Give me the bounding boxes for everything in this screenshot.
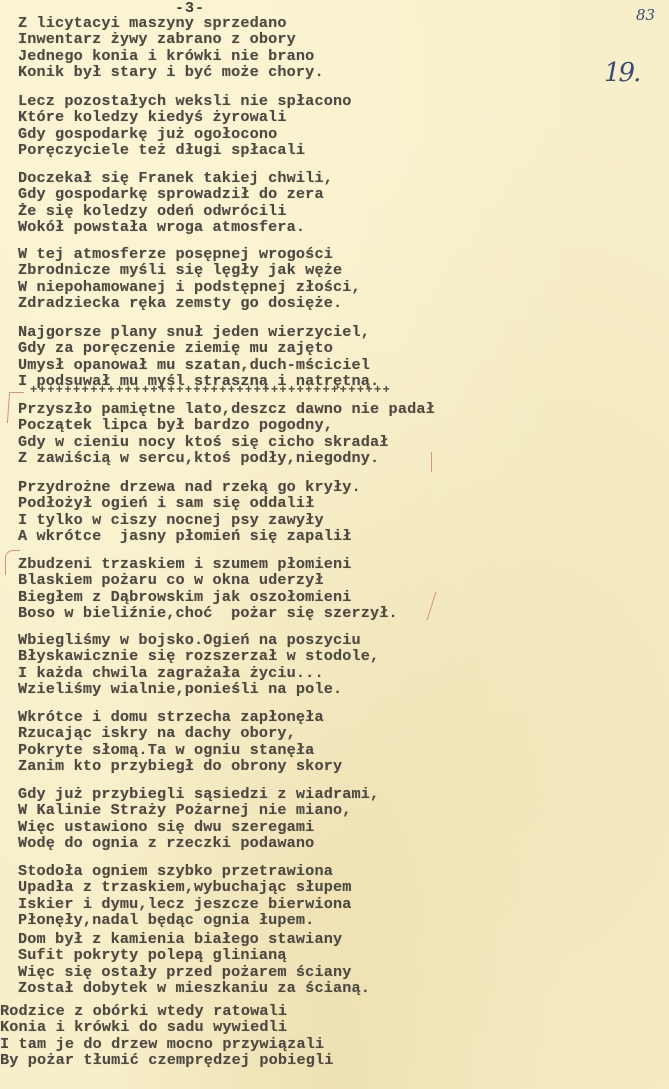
verse-line: Rodzice z obórki wtedy ratowali: [0, 1003, 334, 1019]
handwritten-archive-number: 83: [636, 6, 655, 24]
verse-line: Lecz pozostałych weksli nie spłacono: [18, 93, 352, 109]
stanza: Zbudzeni trzaskiem i szumem płomieniBlas…: [18, 556, 398, 622]
verse-line: A wkrótce jasny płomień się zapalił: [18, 528, 361, 544]
verse-line: I tylko w ciszy nocnej psy zawyły: [18, 512, 361, 528]
stanza: Wbiegliśmy w bojsko.Ogień na poszyciuBły…: [18, 632, 379, 698]
verse-line: Został dobytek w mieszkaniu za ścianą.: [18, 980, 370, 996]
verse-line: Zanim kto przybiegł do obrony skory: [18, 758, 342, 774]
verse-line: Blaskiem pożaru co w okna uderzył: [18, 572, 398, 588]
verse-line: Przydrożne drzewa nad rzeką go kryły.: [18, 479, 361, 495]
verse-line: Doczekał się Franek takiej chwili,: [18, 170, 333, 186]
verse-line: Wokół powstała wroga atmosfera.: [18, 219, 333, 235]
verse-line: Gdy już przybiegli sąsiedzi z wiadrami,: [18, 786, 379, 802]
verse-line: Gdy za poręczenie ziemię mu zajęto: [18, 340, 379, 356]
stanza: Lecz pozostałych weksli nie spłaconoKtór…: [18, 93, 352, 159]
verse-line: Konia i krówki do sadu wywiedli: [0, 1019, 334, 1035]
verse-line: Podłożył ogień i sam się oddalił: [18, 495, 361, 511]
verse-line: Sufit pokryty polepą glinianą: [18, 947, 370, 963]
verse-line: Zdradziecka ręka zemsty go dosięże.: [18, 295, 361, 311]
verse-line: W tej atmosferze posępnej wrogości: [18, 246, 361, 262]
stanza: Dom był z kamienia białego stawianySufit…: [18, 931, 370, 997]
handwritten-folio-number: 19.: [604, 58, 639, 88]
verse-line: Jednego konia i krówki nie brano: [18, 48, 324, 64]
verse-line: Zbrodnicze myśli się lęgły jak węże: [18, 262, 361, 278]
verse-line: Gdy gospodarkę sprowadził do zera: [18, 186, 333, 202]
verse-line: Zbudzeni trzaskiem i szumem płomieni: [18, 556, 398, 572]
verse-line: Umysł opanował mu szatan,duch-mściciel: [18, 357, 379, 373]
verse-line: W Kalinie Straży Pożarnej nie miano,: [18, 802, 379, 818]
verse-line: Które koledzy kiedyś żyrowali: [18, 109, 352, 125]
verse-line: Rzucając iskry na dachy obory,: [18, 725, 342, 741]
typewritten-page: -3- 83 19. +++++++++++++++++++++++++++++…: [0, 0, 669, 1089]
verse-line: Z licytacyi maszyny sprzedano: [18, 15, 324, 31]
verse-line: Wzieliśmy wialnie,ponieśli na pole.: [18, 681, 379, 697]
verse-line: Przyszło pamiętne lato,deszcz dawno nie …: [18, 401, 435, 417]
verse-line: Błyskawicznie się rozszerzał w stodole,: [18, 648, 379, 664]
verse-line: Więc ustawiono się dwu szeregami: [18, 819, 379, 835]
stanza: Gdy już przybiegli sąsiedzi z wiadrami,W…: [18, 786, 379, 852]
stanza: Z licytacyi maszyny sprzedanoInwentarz ż…: [18, 15, 324, 81]
verse-line: W niepohamowanej i podstępnej złości,: [18, 279, 361, 295]
verse-line: Pokryte słomą.Ta w ogniu stanęła: [18, 742, 342, 758]
stanza: Najgorsze plany snuł jeden wierzyciel,Gd…: [18, 324, 379, 390]
stanza: Stodoła ogniem szybko przetrawionaUpadła…: [18, 863, 352, 929]
verse-line: Wbiegliśmy w bojsko.Ogień na poszyciu: [18, 632, 379, 648]
verse-line: By pożar tłumić czemprędzej pobiegli: [0, 1052, 334, 1068]
verse-line: Początek lipca był bardzo pogodny,: [18, 417, 435, 433]
pencil-bracket-mark: [418, 592, 436, 620]
verse-line: Boso w bieliźnie,choć pożar się szerzył.: [18, 605, 398, 621]
stanza: Wkrótce i domu strzecha zapłonęłaRzucają…: [18, 709, 342, 775]
verse-line: Z zawiścią w sercu,ktoś podły,niegodny.: [18, 450, 435, 466]
verse-line: Wodę do ognia z rzeczki podawano: [18, 835, 379, 851]
stanza: Rodzice z obórki wtedy ratowaliKonia i k…: [0, 1003, 334, 1069]
stanza: Przydrożne drzewa nad rzeką go kryły.Pod…: [18, 479, 361, 545]
stanza: Doczekał się Franek takiej chwili,Gdy go…: [18, 170, 333, 236]
verse-line: Upadła z trzaskiem,wybuchając słupem: [18, 879, 352, 895]
verse-line: I każda chwila zagrażała życiu...: [18, 665, 379, 681]
verse-line: Że się koledzy odeń odwrócili: [18, 203, 333, 219]
verse-line: Gdy gospodarkę już ogołocono: [18, 126, 352, 142]
verse-line: Poręczyciele też długi spłacali: [18, 142, 352, 158]
verse-line: Płonęły,nadal będąc ognia łupem.: [18, 912, 352, 928]
verse-line: Dom był z kamienia białego stawiany: [18, 931, 370, 947]
stanza: Przyszło pamiętne lato,deszcz dawno nie …: [18, 401, 435, 467]
stanza: W tej atmosferze posępnej wrogościZbrodn…: [18, 246, 361, 312]
verse-line: I podsuwał mu myśl straszną i natrętną.: [18, 373, 379, 389]
verse-line: Konik był stary i być może chory.: [18, 64, 324, 80]
verse-line: Stodoła ogniem szybko przetrawiona: [18, 863, 352, 879]
verse-line: Wkrótce i domu strzecha zapłonęła: [18, 709, 342, 725]
verse-line: Biegłem z Dąbrowskim jak oszołomieni: [18, 589, 398, 605]
verse-line: Więc się ostały przed pożarem ściany: [18, 964, 370, 980]
verse-line: Inwentarz żywy zabrano z obory: [18, 31, 324, 47]
verse-line: Gdy w cieniu nocy ktoś się cicho skradał: [18, 434, 435, 450]
verse-line: Iskier i dymu,lecz jeszcze bierwiona: [18, 896, 352, 912]
verse-line: I tam je do drzew mocno przywiązali: [0, 1036, 334, 1052]
verse-line: Najgorsze plany snuł jeden wierzyciel,: [18, 324, 379, 340]
